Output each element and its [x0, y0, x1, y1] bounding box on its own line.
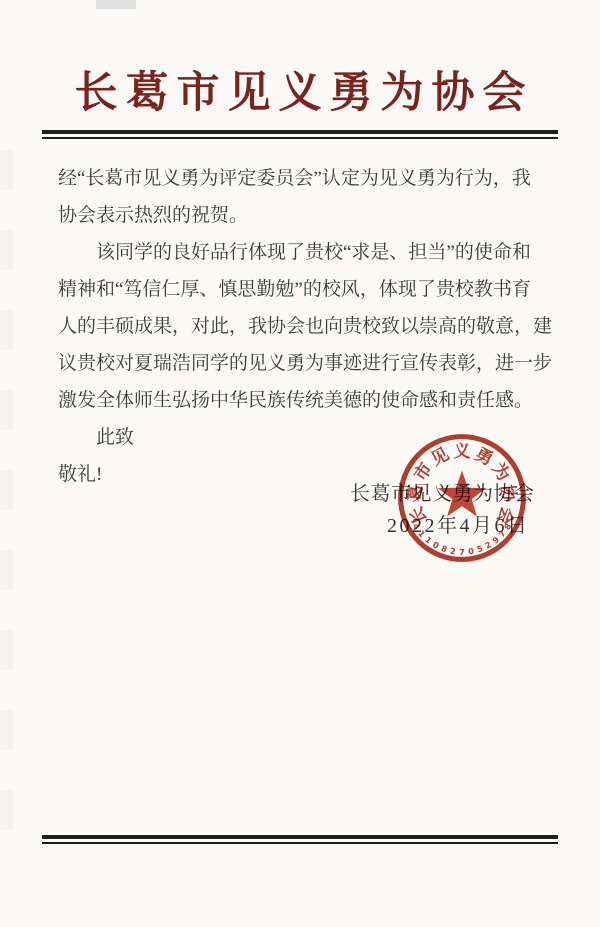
scanned-letter-page: 长葛市见义勇为协会 经“长葛市见义勇为评定委员会”认定为见义勇为行为，我 协会表… [0, 0, 600, 927]
seal-graphic: 长葛市见义勇为协会 4110827052978 [393, 429, 531, 567]
red-star-icon [438, 471, 486, 517]
seal-arc-char: 葛 [404, 483, 426, 502]
official-seal-stamp: 长葛市见义勇为协会 4110827052978 [393, 429, 531, 567]
scan-artifact-left-edge [0, 150, 14, 870]
body-line: 人的丰硕成果，对此，我协会也向贵校致以崇高的敬意，建 [58, 308, 548, 345]
letterhead-divider-rule [42, 130, 558, 139]
seal-code-digit: 5 [475, 543, 484, 554]
letterhead-title: 长葛市见义勇为协会 [0, 68, 600, 120]
body-line: 经“长葛市见义勇为评定委员会”认定为见义勇为行为，我 [58, 160, 548, 197]
body-line: 该同学的良好品行体现了贵校“求是、担当”的使命和 [58, 234, 548, 271]
seal-code-digit: 8 [440, 543, 449, 554]
scan-artifact-top [96, 0, 136, 9]
body-line: 协会表示热烈的祝贺。 [58, 197, 548, 234]
seal-arc-char: 协 [498, 483, 520, 503]
seal-code-digit: 2 [449, 546, 456, 557]
body-line: 精神和“笃信仁厚、慎思勤勉”的校风，体现了贵校教书育 [58, 271, 548, 308]
seal-arc-char: 义 [453, 442, 471, 461]
seal-code-digit: 7 [459, 547, 465, 557]
seal-code-digit: 0 [467, 546, 475, 557]
seal-code-number: 4110827052978 [411, 521, 514, 557]
body-line: 议贵校对夏瑞浩同学的见义勇为事迹进行宣传表彰，进一步 [58, 345, 548, 382]
footer-rule [42, 835, 558, 844]
body-line: 激发全体师生弘扬中华民族传统美德的使命感和责任感。 [58, 382, 548, 419]
